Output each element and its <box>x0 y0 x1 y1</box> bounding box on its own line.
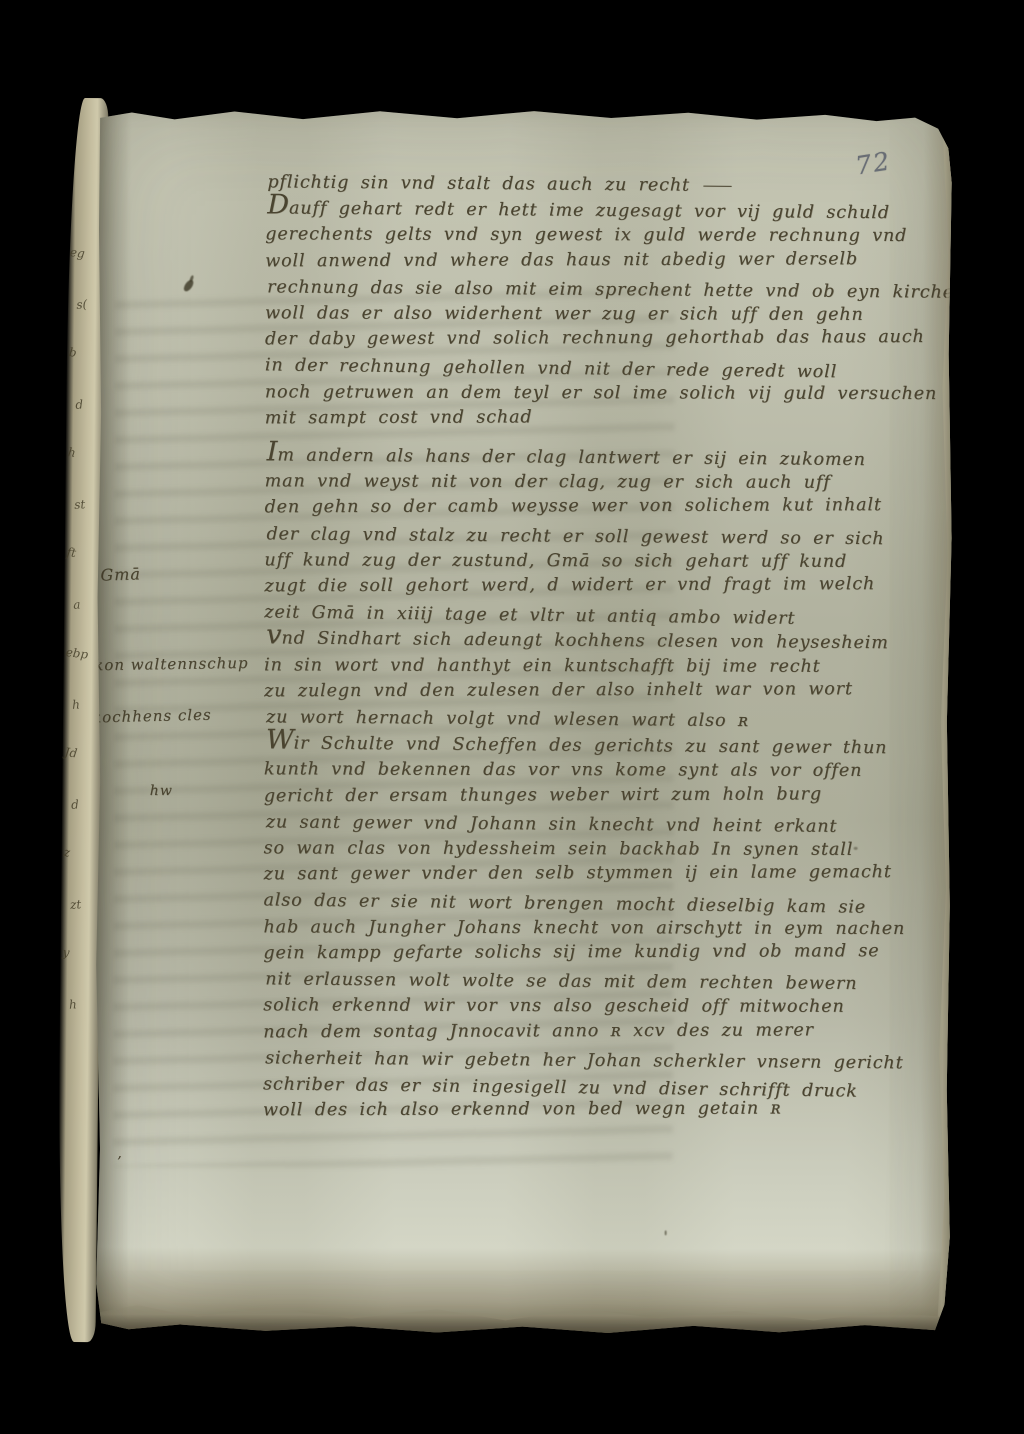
text-line: zu zulegn vnd den zulesen der also inhel… <box>264 676 936 705</box>
text-line: der clag vnd stalz zu recht er soll gewe… <box>266 521 938 552</box>
text-paragraph: Dauff gehart redt er hett ime zugesagt v… <box>265 196 938 434</box>
margin-note: kochhens cles <box>92 706 212 727</box>
spine-text-fragment: ft <box>66 546 101 562</box>
text-line: gein kampp gefarte solichs sij ime kundi… <box>263 938 935 967</box>
ink-speck <box>854 847 858 850</box>
spine-text-fragment: eg <box>69 246 104 262</box>
text-line: zu sant gewer vnder den selb stymmen ij … <box>264 859 936 888</box>
spine-text-fragment: z <box>63 846 98 862</box>
spine-text-fragment: s( <box>76 297 104 311</box>
manuscript-scan: egs(bdhstftaebphJddzztyh 72 pflichtig si… <box>0 0 1024 1434</box>
text-line: woll anwend vnd where das haus nit abedi… <box>265 246 937 275</box>
spine-text-fragment: zt <box>70 897 98 911</box>
text-line: zugt die soll gehort werd, d widert er v… <box>264 571 936 600</box>
margin-note: Gmā <box>100 564 141 584</box>
manuscript-page: 72 pflichtig sin vnd stalt das auch zu r… <box>94 107 953 1335</box>
spine-text-fragment: ebp <box>65 646 100 662</box>
text-line: rechnung das sie also mit eim sprechent … <box>267 274 939 305</box>
spine-text-fragments: egs(bdhstftaebphJddzztyh <box>62 248 104 1010</box>
text-paragraph: pflichtig sin vnd stalt das auch zu rech… <box>265 169 937 197</box>
text-paragraph: vnd Sindhart sich adeungt kochhens clese… <box>264 626 936 733</box>
text-line: zu sant gewer vnd Johann sin knecht vnd … <box>266 809 938 840</box>
spine-text-fragment: st <box>74 497 102 511</box>
text-line: mit sampt cost vnd schad <box>265 403 937 432</box>
text-line: nit erlaussen wolt wolte se das mit dem … <box>265 966 937 997</box>
bottom-deckle-edge <box>94 1299 950 1335</box>
spine-text-fragment: d <box>75 397 103 411</box>
text-line: der daby gewest vnd solich rechnung geho… <box>265 324 937 353</box>
spine-text-fragment: h <box>72 697 100 711</box>
spine-text-fragment: d <box>71 797 99 811</box>
text-line: woll des ich also erkennd von bed wegn g… <box>263 1095 935 1124</box>
spine-text-fragment: a <box>73 597 101 611</box>
text-line: gericht der ersam thunges weber wirt zum… <box>264 781 936 810</box>
spine-text-fragment: y <box>62 946 97 962</box>
text-paragraph: Im andern als hans der clag lantwert er … <box>264 442 936 627</box>
text-line: Dauff gehart redt er hett ime zugesagt v… <box>267 196 939 227</box>
spine-text-fragment: h <box>67 446 102 462</box>
ink-speck <box>665 1230 667 1235</box>
margin-note: hw <box>150 783 173 799</box>
spine-text-fragment: Jd <box>64 746 99 762</box>
text-line: nach dem sontag Jnnocavit anno ʀ xcv des… <box>263 1016 935 1045</box>
margin-note: kon waltennschup <box>94 654 249 674</box>
spine-text-fragment: h <box>69 997 97 1011</box>
ink-mark: ’ <box>117 1153 122 1171</box>
main-text-block: pflichtig sin vnd stalt das auch zu rech… <box>263 169 937 1125</box>
text-paragraph: Wir Schulte vnd Scheffen des gerichts zu… <box>263 731 936 1126</box>
spine-text-fragment: b <box>68 346 103 362</box>
text-line: Im andern als hans der clag lantwert er … <box>267 442 939 473</box>
text-line: den gehn so der camb weysse wer von soli… <box>265 492 937 521</box>
